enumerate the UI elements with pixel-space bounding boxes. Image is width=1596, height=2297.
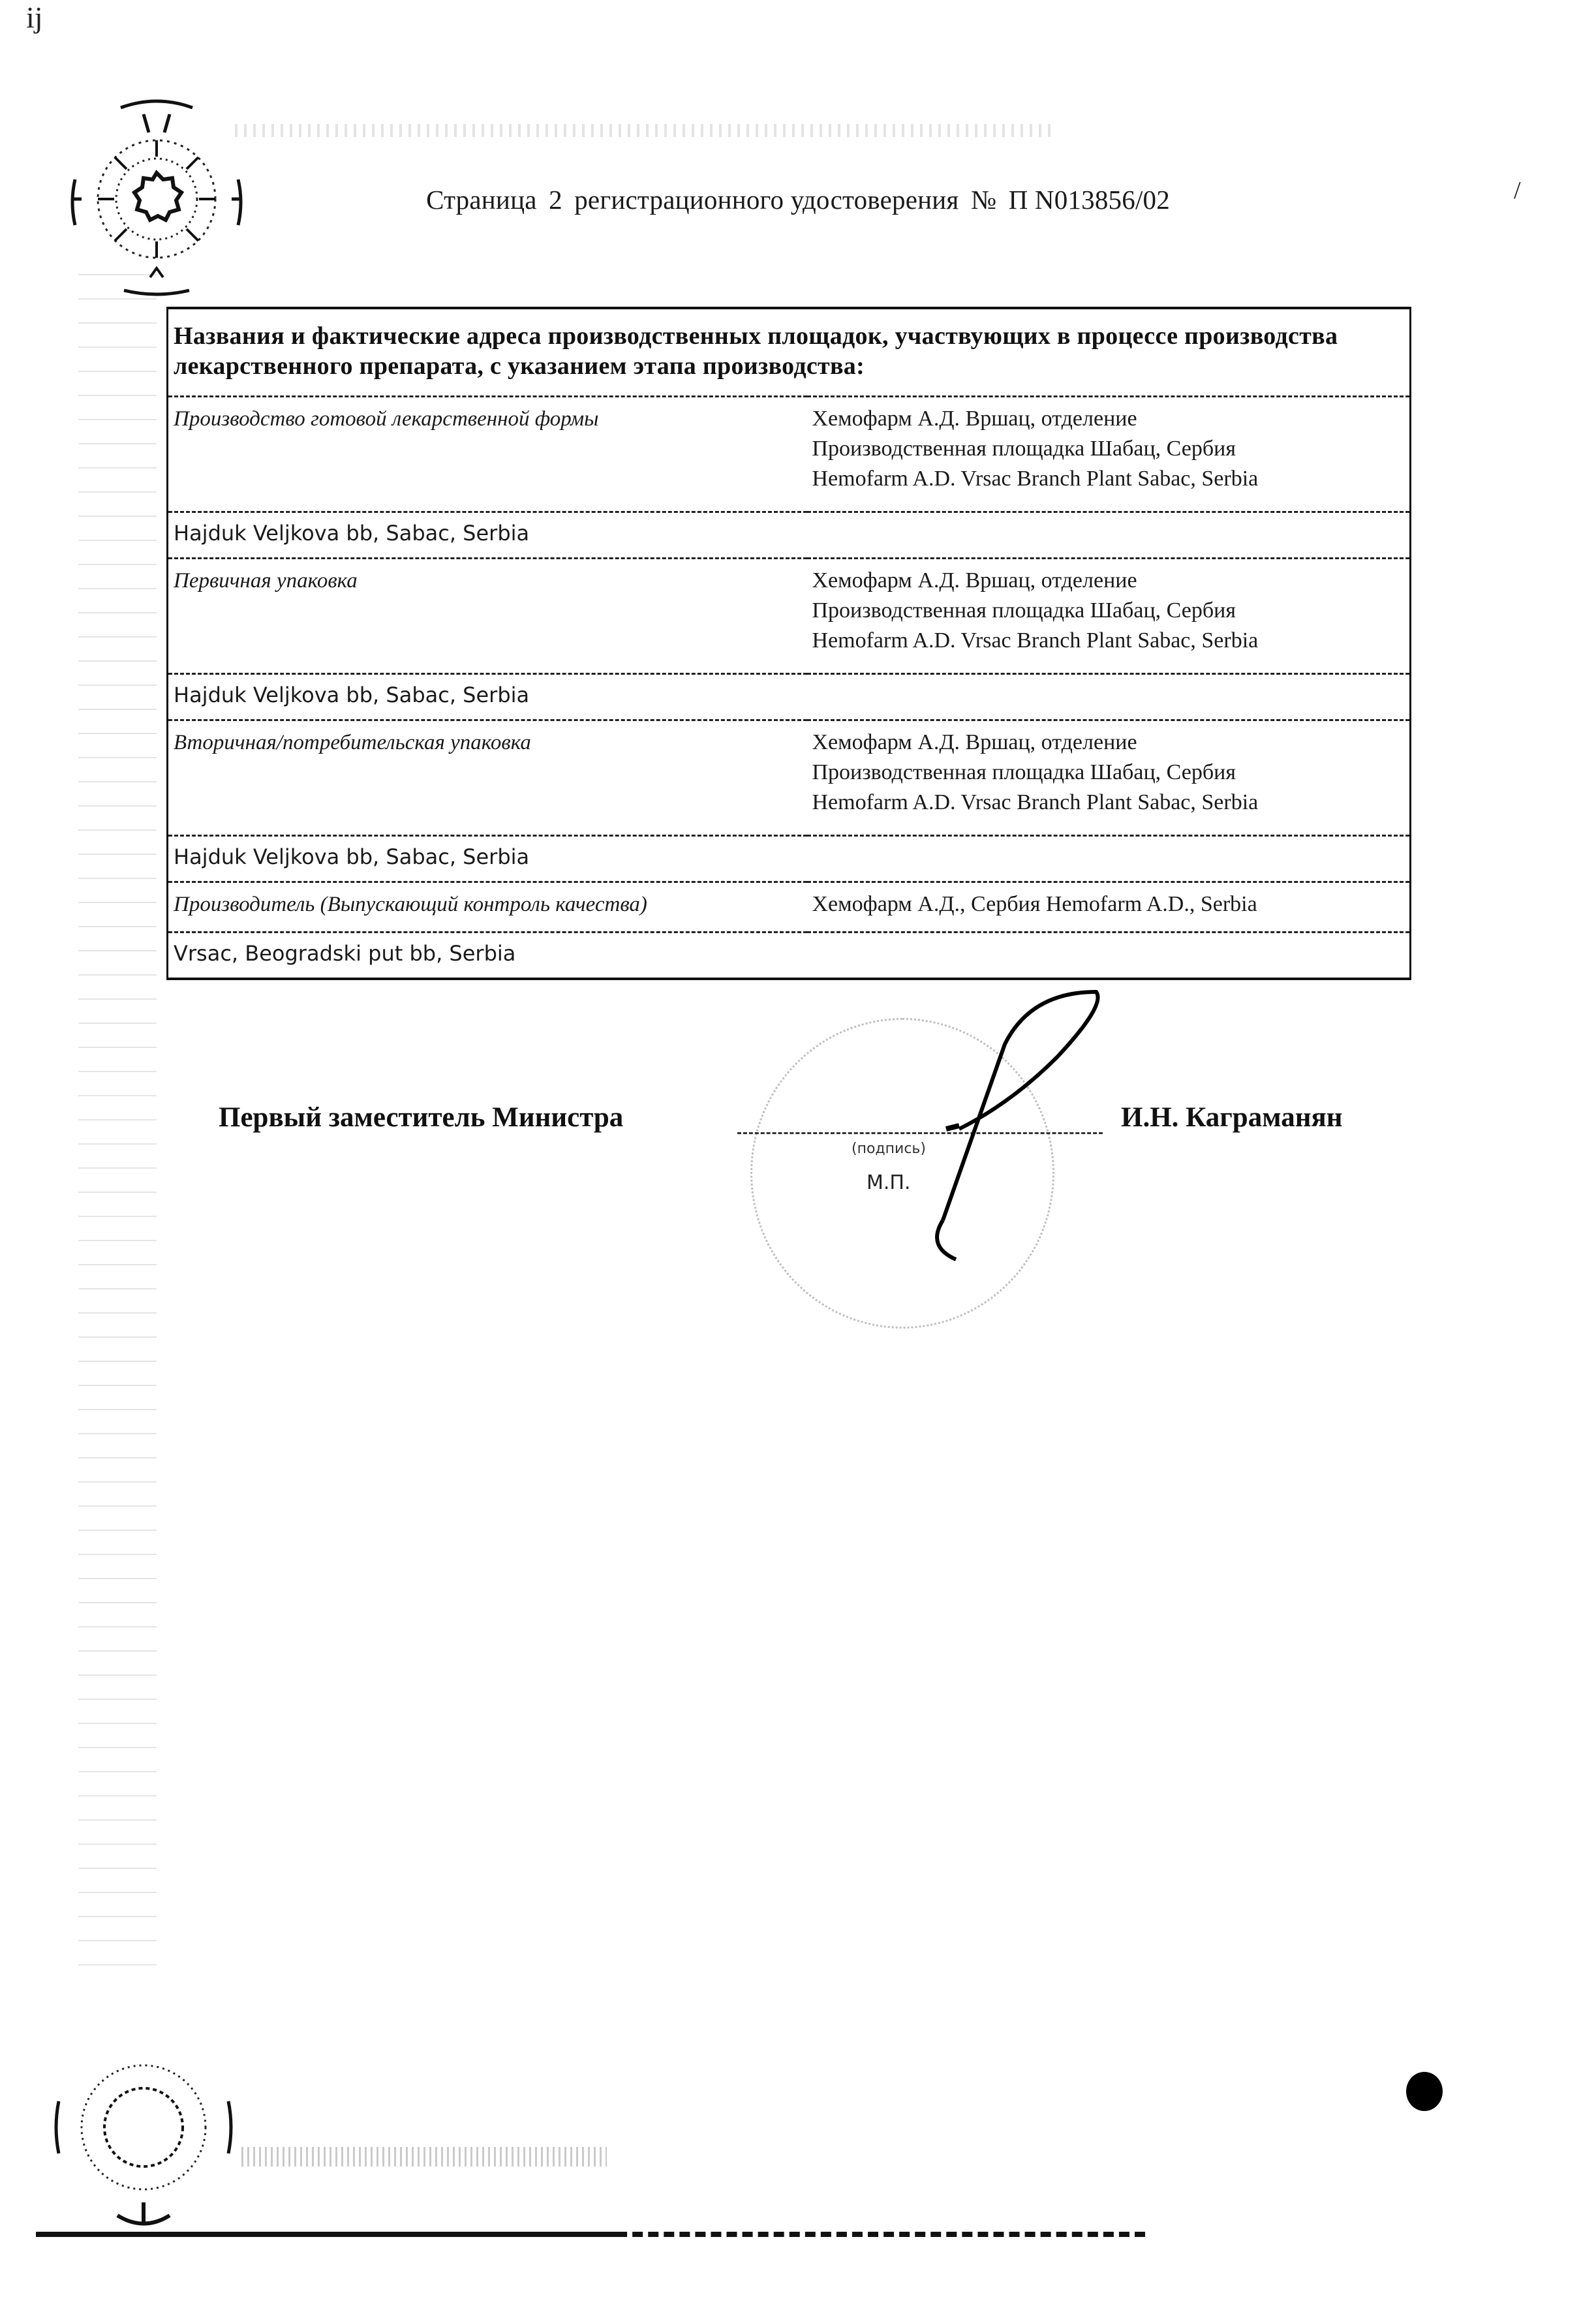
- table-row-address: Hajduk Veljkova bb, Sabac, Serbia: [168, 674, 1411, 720]
- manufacturer-cell: Хемофарм А.Д. Вршац, отделение Производс…: [807, 559, 1411, 674]
- manufacturer-line: Производственная площадка Шабац, Сербия: [812, 596, 1405, 626]
- handwritten-signature-icon: [881, 966, 1129, 1279]
- number-sign: №: [971, 185, 996, 215]
- bottom-rule-solid: [36, 2232, 623, 2237]
- table-header-row: Названия и фактические адреса производст…: [168, 308, 1411, 397]
- site-address: Hajduk Veljkova bb, Sabac, Serbia: [168, 512, 1411, 559]
- stage-label: Производство готовой лекарственной формы: [168, 397, 807, 512]
- site-address: Vrsac, Beogradski put bb, Serbia: [168, 933, 1411, 979]
- page-title-text: регистрационного удостоверения: [574, 185, 959, 215]
- left-margin-speckle: [78, 274, 157, 1971]
- manufacturer-cell: Хемофарм А.Д., Сербия Hemofarm A.D., Ser…: [807, 882, 1411, 933]
- manufacturer-line: Хемофарм А.Д. Вршац, отделение: [812, 404, 1405, 434]
- manufacturer-cell: Хемофарм А.Д. Вршац, отделение Производс…: [807, 397, 1411, 512]
- table-row-stage: Вторичная/потребительская упаковка Хемоф…: [168, 720, 1411, 836]
- manufacturer-line: Hemofarm A.D. Vrsac Branch Plant Sabac, …: [812, 626, 1405, 656]
- hole-punch-mark: [1406, 2072, 1443, 2111]
- stage-label: Производитель (Выпускающий контроль каче…: [168, 882, 807, 933]
- manufacturer-line: Hemofarm A.D. Vrsac Branch Plant Sabac, …: [812, 464, 1405, 494]
- corner-handwritten-mark: ij: [26, 0, 43, 35]
- manufacturer-line: Хемофарм А.Д. Вршац, отделение: [812, 728, 1405, 758]
- manufacturer-line: Хемофарм А.Д. Вршац, отделение: [812, 566, 1405, 596]
- rosette-ornament-icon: [46, 2029, 241, 2238]
- faint-header-noise: [235, 124, 1051, 137]
- table-row-address: Vrsac, Beogradski put bb, Serbia: [168, 933, 1411, 979]
- production-sites-table: Названия и фактические адреса производст…: [166, 307, 1411, 980]
- signer-title: Первый заместитель Министра: [219, 1102, 623, 1133]
- edge-mark: /: [1514, 176, 1521, 205]
- table-row-address: Hajduk Veljkova bb, Sabac, Serbia: [168, 836, 1411, 882]
- signer-name: И.Н. Каграманян: [1121, 1102, 1343, 1133]
- table-row-stage: Производство готовой лекарственной формы…: [168, 397, 1411, 512]
- site-address: Hajduk Veljkova bb, Sabac, Serbia: [168, 836, 1411, 882]
- table-row-address: Hajduk Veljkova bb, Sabac, Serbia: [168, 512, 1411, 559]
- page-title: Страница 2 регистрационного удостоверени…: [0, 184, 1596, 215]
- manufacturer-line: Производственная площадка Шабац, Сербия: [812, 434, 1405, 464]
- manufacturer-line: Производственная площадка Шабац, Сербия: [812, 758, 1405, 788]
- manufacturer-line: Hemofarm A.D. Vrsac Branch Plant Sabac, …: [812, 788, 1405, 818]
- manufacturer-cell: Хемофарм А.Д. Вршац, отделение Производс…: [807, 720, 1411, 836]
- table-row-stage: Производитель (Выпускающий контроль каче…: [168, 882, 1411, 933]
- table-header: Названия и фактические адреса производст…: [168, 308, 1411, 397]
- page-number: 2: [549, 185, 562, 215]
- site-address: Hajduk Veljkova bb, Sabac, Serbia: [168, 674, 1411, 720]
- manufacturer-line: Хемофарм А.Д., Сербия Hemofarm A.D., Ser…: [812, 889, 1405, 919]
- page-title-prefix: Страница: [426, 185, 537, 215]
- stage-label: Вторичная/потребительская упаковка: [168, 720, 807, 836]
- table-row-stage: Первичная упаковка Хемофарм А.Д. Вршац, …: [168, 559, 1411, 674]
- faint-footer-noise: [241, 2147, 607, 2166]
- certificate-number: П N013856/02: [1009, 185, 1170, 215]
- stage-label: Первичная упаковка: [168, 559, 807, 674]
